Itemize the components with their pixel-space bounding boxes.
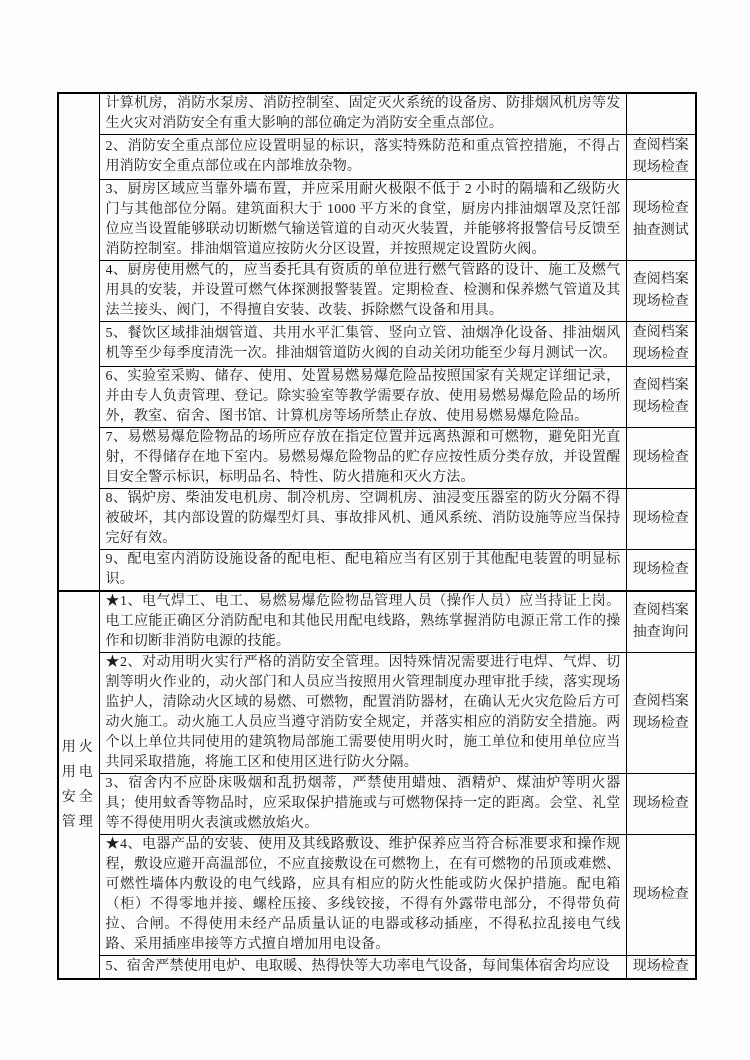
requirement-text: 5、宿舍严禁使用电炉、电取暖、热得快等大功率电气设备，每间集体宿舍均应设 (106, 957, 621, 977)
table-row: ★2、对动用明火实行严格的消防安全管理。因特殊情况需要进行电焊、气焊、切割等明火… (58, 653, 696, 774)
requirement-text: 9、配电室内消防设施设备的配电柜、配电箱应当有区别于其他配电装置的明显标识。 (106, 550, 621, 590)
table-row: 7、易燃易爆危险物品的场所应存放在指定位置并远离热源和可燃物，避免阳光直射，不得… (58, 428, 696, 489)
requirement-text: ★1、电气焊工、电工、易燃易爆危险物品管理人员（操作人员）应当持证上岗。电工应能… (106, 592, 621, 652)
inspection-method-cell: 查阅档案 现场检查 (626, 322, 696, 367)
table-row: 4、厨房使用燃气的，应当委托具有资质的单位进行燃气管路的设计、施工及燃气用具的安… (58, 261, 696, 322)
table-row: 3、厨房区域应当靠外墙布置，并应采用耐火极限不低于 2 小时的隔墙和乙级防火门与… (58, 180, 696, 261)
requirement-cell: 4、厨房使用燃气的，应当委托具有资质的单位进行燃气管路的设计、施工及燃气用具的安… (99, 261, 626, 322)
table-row: 计算机房，消防水泵房、消防控制室、固定灭火系统的设备房、防排烟风机房等发生火灾对… (58, 93, 696, 135)
inspection-method-cell: 查阅档案 现场检查 (626, 653, 696, 774)
table-row: 5、宿舍严禁使用电炉、电取暖、热得快等大功率电气设备，每间集体宿舍均应设现场检查 (58, 956, 696, 980)
inspection-method-cell: 现场检查 (626, 489, 696, 550)
requirement-cell: ★2、对动用明火实行严格的消防安全管理。因特殊情况需要进行电焊、气焊、切割等明火… (99, 653, 626, 774)
table-row: 8、锅炉房、柴油发电机房、制冷机房、空调机房、油浸变压器室的防火分隔不得被破坏，… (58, 489, 696, 550)
requirement-cell: 8、锅炉房、柴油发电机房、制冷机房、空调机房、油浸变压器室的防火分隔不得被破坏，… (99, 489, 626, 550)
inspection-method-cell: 现场检查 抽查测试 (626, 180, 696, 261)
requirement-cell: 2、消防安全重点部位应设置明显的标识，落实特殊防范和重点管控措施，不得占用消防安… (99, 135, 626, 180)
table-row: 9、配电室内消防设施设备的配电柜、配电箱应当有区别于其他配电装置的明显标识。现场… (58, 550, 696, 592)
table-row: 6、实验室采购、储存、使用、处置易燃易爆危险品按照国家有关规定详细记录，并由专人… (58, 367, 696, 428)
regulation-table: 计算机房，消防水泵房、消防控制室、固定灭火系统的设备房、防排烟风机房等发生火灾对… (57, 92, 697, 980)
requirement-text: 6、实验室采购、储存、使用、处置易燃易爆危险品按照国家有关规定详细记录，并由专人… (106, 367, 621, 427)
requirement-text: ★4、电器产品的安装、使用及其线路敷设、维护保养应当符合标准要求和操作规程，敷设… (106, 835, 621, 955)
inspection-method-cell: 现场检查 (626, 956, 696, 980)
table-row: 3、宿舍内不应卧床吸烟和乱扔烟蒂，严禁使用蜡烛、酒精炉、煤油炉等明火器具；使用蚊… (58, 774, 696, 835)
requirement-cell: 9、配电室内消防设施设备的配电柜、配电箱应当有区别于其他配电装置的明显标识。 (99, 550, 626, 592)
inspection-method-cell: 现场检查 (626, 835, 696, 956)
requirement-text: ★2、对动用明火实行严格的消防安全管理。因特殊情况需要进行电焊、气焊、切割等明火… (106, 653, 621, 773)
document-page: 计算机房，消防水泵房、消防控制室、固定灭火系统的设备房、防排烟风机房等发生火灾对… (0, 0, 750, 1060)
inspection-method-cell: 查阅档案 现场检查 (626, 135, 696, 180)
inspection-method-cell: 查阅档案 现场检查 (626, 261, 696, 322)
requirement-text: 3、宿舍内不应卧床吸烟和乱扔烟蒂，严禁使用蜡烛、酒精炉、煤油炉等明火器具；使用蚊… (106, 774, 621, 834)
category-cell: 用火 用电 安全 管理 (58, 591, 99, 979)
requirement-text: 2、消防安全重点部位应设置明显的标识，落实特殊防范和重点管控措施，不得占用消防安… (106, 137, 621, 177)
table-row: ★4、电器产品的安装、使用及其线路敷设、维护保养应当符合标准要求和操作规程，敷设… (58, 835, 696, 956)
requirement-text: 4、厨房使用燃气的，应当委托具有资质的单位进行燃气管路的设计、施工及燃气用具的安… (106, 261, 621, 321)
requirement-cell: 计算机房，消防水泵房、消防控制室、固定灭火系统的设备房、防排烟风机房等发生火灾对… (99, 93, 626, 135)
requirement-cell: 3、厨房区域应当靠外墙布置，并应采用耐火极限不低于 2 小时的隔墙和乙级防火门与… (99, 180, 626, 261)
requirement-cell: 3、宿舍内不应卧床吸烟和乱扔烟蒂，严禁使用蜡烛、酒精炉、煤油炉等明火器具；使用蚊… (99, 774, 626, 835)
requirement-cell: ★1、电气焊工、电工、易燃易爆危险物品管理人员（操作人员）应当持证上岗。电工应能… (99, 591, 626, 653)
table-row: 2、消防安全重点部位应设置明显的标识，落实特殊防范和重点管控措施，不得占用消防安… (58, 135, 696, 180)
regulation-table-body: 计算机房，消防水泵房、消防控制室、固定灭火系统的设备房、防排烟风机房等发生火灾对… (58, 93, 696, 979)
requirement-text: 7、易燃易爆危险物品的场所应存放在指定位置并远离热源和可燃物，避免阳光直射，不得… (106, 428, 621, 488)
category-cell (58, 93, 99, 591)
table-row: 5、餐饮区域排油烟管道、共用水平汇集管、竖向立管、油烟净化设备、排油烟风机等至少… (58, 322, 696, 367)
table-row: 用火 用电 安全 管理★1、电气焊工、电工、易燃易爆危险物品管理人员（操作人员）… (58, 591, 696, 653)
inspection-method-cell: 现场检查 (626, 550, 696, 592)
requirement-cell: 6、实验室采购、储存、使用、处置易燃易爆危险品按照国家有关规定详细记录，并由专人… (99, 367, 626, 428)
inspection-method-cell: 现场检查 (626, 774, 696, 835)
requirement-text: 5、餐饮区域排油烟管道、共用水平汇集管、竖向立管、油烟净化设备、排油烟风机等至少… (106, 324, 621, 364)
requirement-cell: 5、餐饮区域排油烟管道、共用水平汇集管、竖向立管、油烟净化设备、排油烟风机等至少… (99, 322, 626, 367)
requirement-cell: ★4、电器产品的安装、使用及其线路敷设、维护保养应当符合标准要求和操作规程，敷设… (99, 835, 626, 956)
inspection-method-cell: 查阅档案 现场检查 (626, 367, 696, 428)
requirement-text: 8、锅炉房、柴油发电机房、制冷机房、空调机房、油浸变压器室的防火分隔不得被破坏，… (106, 489, 621, 549)
inspection-method-cell: 现场检查 (626, 428, 696, 489)
inspection-method-cell: 查阅档案 抽查询问 (626, 591, 696, 653)
requirement-text: 3、厨房区域应当靠外墙布置，并应采用耐火极限不低于 2 小时的隔墙和乙级防火门与… (106, 180, 621, 260)
requirement-cell: 5、宿舍严禁使用电炉、电取暖、热得快等大功率电气设备，每间集体宿舍均应设 (99, 956, 626, 980)
requirement-text: 计算机房，消防水泵房、消防控制室、固定灭火系统的设备房、防排烟风机房等发生火灾对… (106, 94, 621, 134)
inspection-method-cell (626, 93, 696, 135)
requirement-cell: 7、易燃易爆危险物品的场所应存放在指定位置并远离热源和可燃物，避免阳光直射，不得… (99, 428, 626, 489)
